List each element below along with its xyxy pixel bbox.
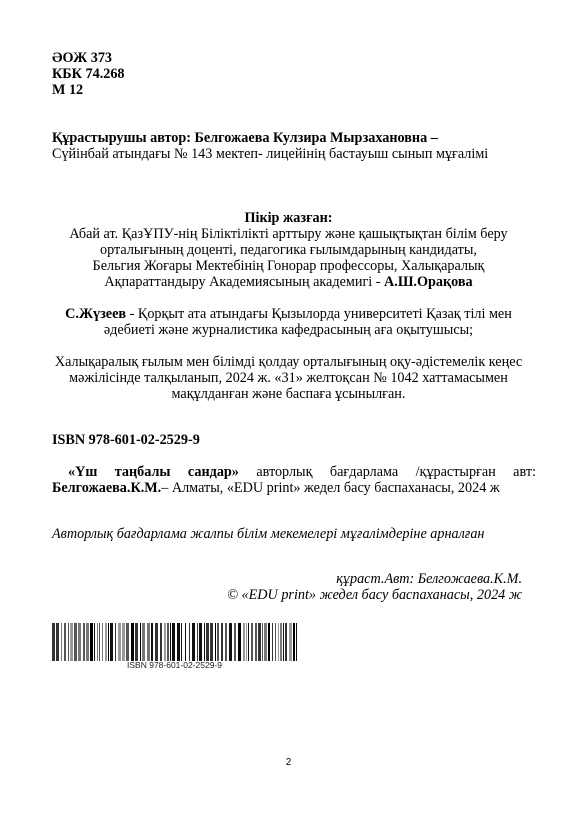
citation-title-word: «Үш — [68, 464, 97, 480]
citation-title-word: сандар» — [188, 464, 239, 480]
reviewer2-name: С.Жүзеев — [65, 306, 126, 322]
isbn-barcode — [52, 623, 297, 661]
page-number: 2 — [0, 757, 577, 768]
reviewer1-last-line: Ақпараттандыру Академиясының академигі -… — [0, 274, 577, 290]
copyright-publisher: © «EDU print» жедел басу баспаханасы, 20… — [227, 587, 522, 603]
citation-line-1: «Үш таңбалы сандар» авторлық бағдарлама … — [52, 464, 536, 480]
citation-word: авт: — [513, 464, 536, 480]
udc-code: ӘОЖ 373 — [52, 50, 125, 66]
reviewers-heading: Пікір жазған: — [0, 210, 577, 226]
citation-author: Белгожаева.К.М. — [52, 480, 161, 496]
lbc-code: КБК 74.268 — [52, 66, 125, 82]
reviewer2-line: әдебиеті және журналистика кафедрасының … — [0, 322, 577, 338]
citation-publisher: – Алматы, «EDU print» жедел басу баспаха… — [161, 480, 499, 496]
reviewer1-line: Абай ат. ҚазҰПУ-нің Біліктілікті арттыру… — [0, 226, 577, 242]
approval-line: мәжілісінде талқыланып, 2024 ж. «31» жел… — [0, 370, 577, 386]
reviewer1-name: А.Ш.Орақова — [384, 274, 473, 290]
audience-note: Авторлық бағдарлама жалпы білім мекемеле… — [52, 526, 484, 542]
reviewer1-line: орталығының доценті, педагогика ғылымдар… — [0, 242, 577, 258]
reviewer2-line: С.Жүзеев - Қорқыт ата атындағы Қызылорда… — [0, 306, 577, 322]
classification-codes: ӘОЖ 373 КБК 74.268 М 12 — [52, 50, 125, 98]
citation-title-word: таңбалы — [115, 464, 171, 480]
approval-line: Халықаралық ғылым мен білімді қолдау орт… — [0, 354, 577, 370]
compiler-label: Құрастырушы автор: Белгожаева Кулзира Мы… — [52, 130, 438, 146]
citation-word: /құрастырған — [416, 464, 496, 480]
approval-line: мақұлданған және баспаға ұсынылған. — [0, 386, 577, 402]
reviewer1-title: Ақпараттандыру Академиясының академигі - — [104, 274, 384, 290]
copyright-compiled-by: құраст.Авт: Белгожаева.К.М. — [336, 571, 522, 587]
reviewer1-line: Бельгия Жоғары Мектебінің Гонорар профес… — [0, 258, 577, 274]
citation-word: бағдарлама — [330, 464, 398, 480]
author-mark: М 12 — [52, 82, 125, 98]
reviewer2-affiliation: - Қорқыт ата атындағы Қызылорда универси… — [126, 306, 512, 322]
citation-line-2: Белгожаева.К.М.– Алматы, «EDU print» жед… — [52, 480, 500, 496]
isbn: ISBN 978-601-02-2529-9 — [52, 432, 200, 448]
citation-word: авторлық — [256, 464, 312, 480]
barcode-caption: ISBN 978-601-02-2529-9 — [52, 660, 297, 670]
compiler-position: Сүйінбай атындағы № 143 мектеп- лицейіні… — [52, 146, 488, 162]
